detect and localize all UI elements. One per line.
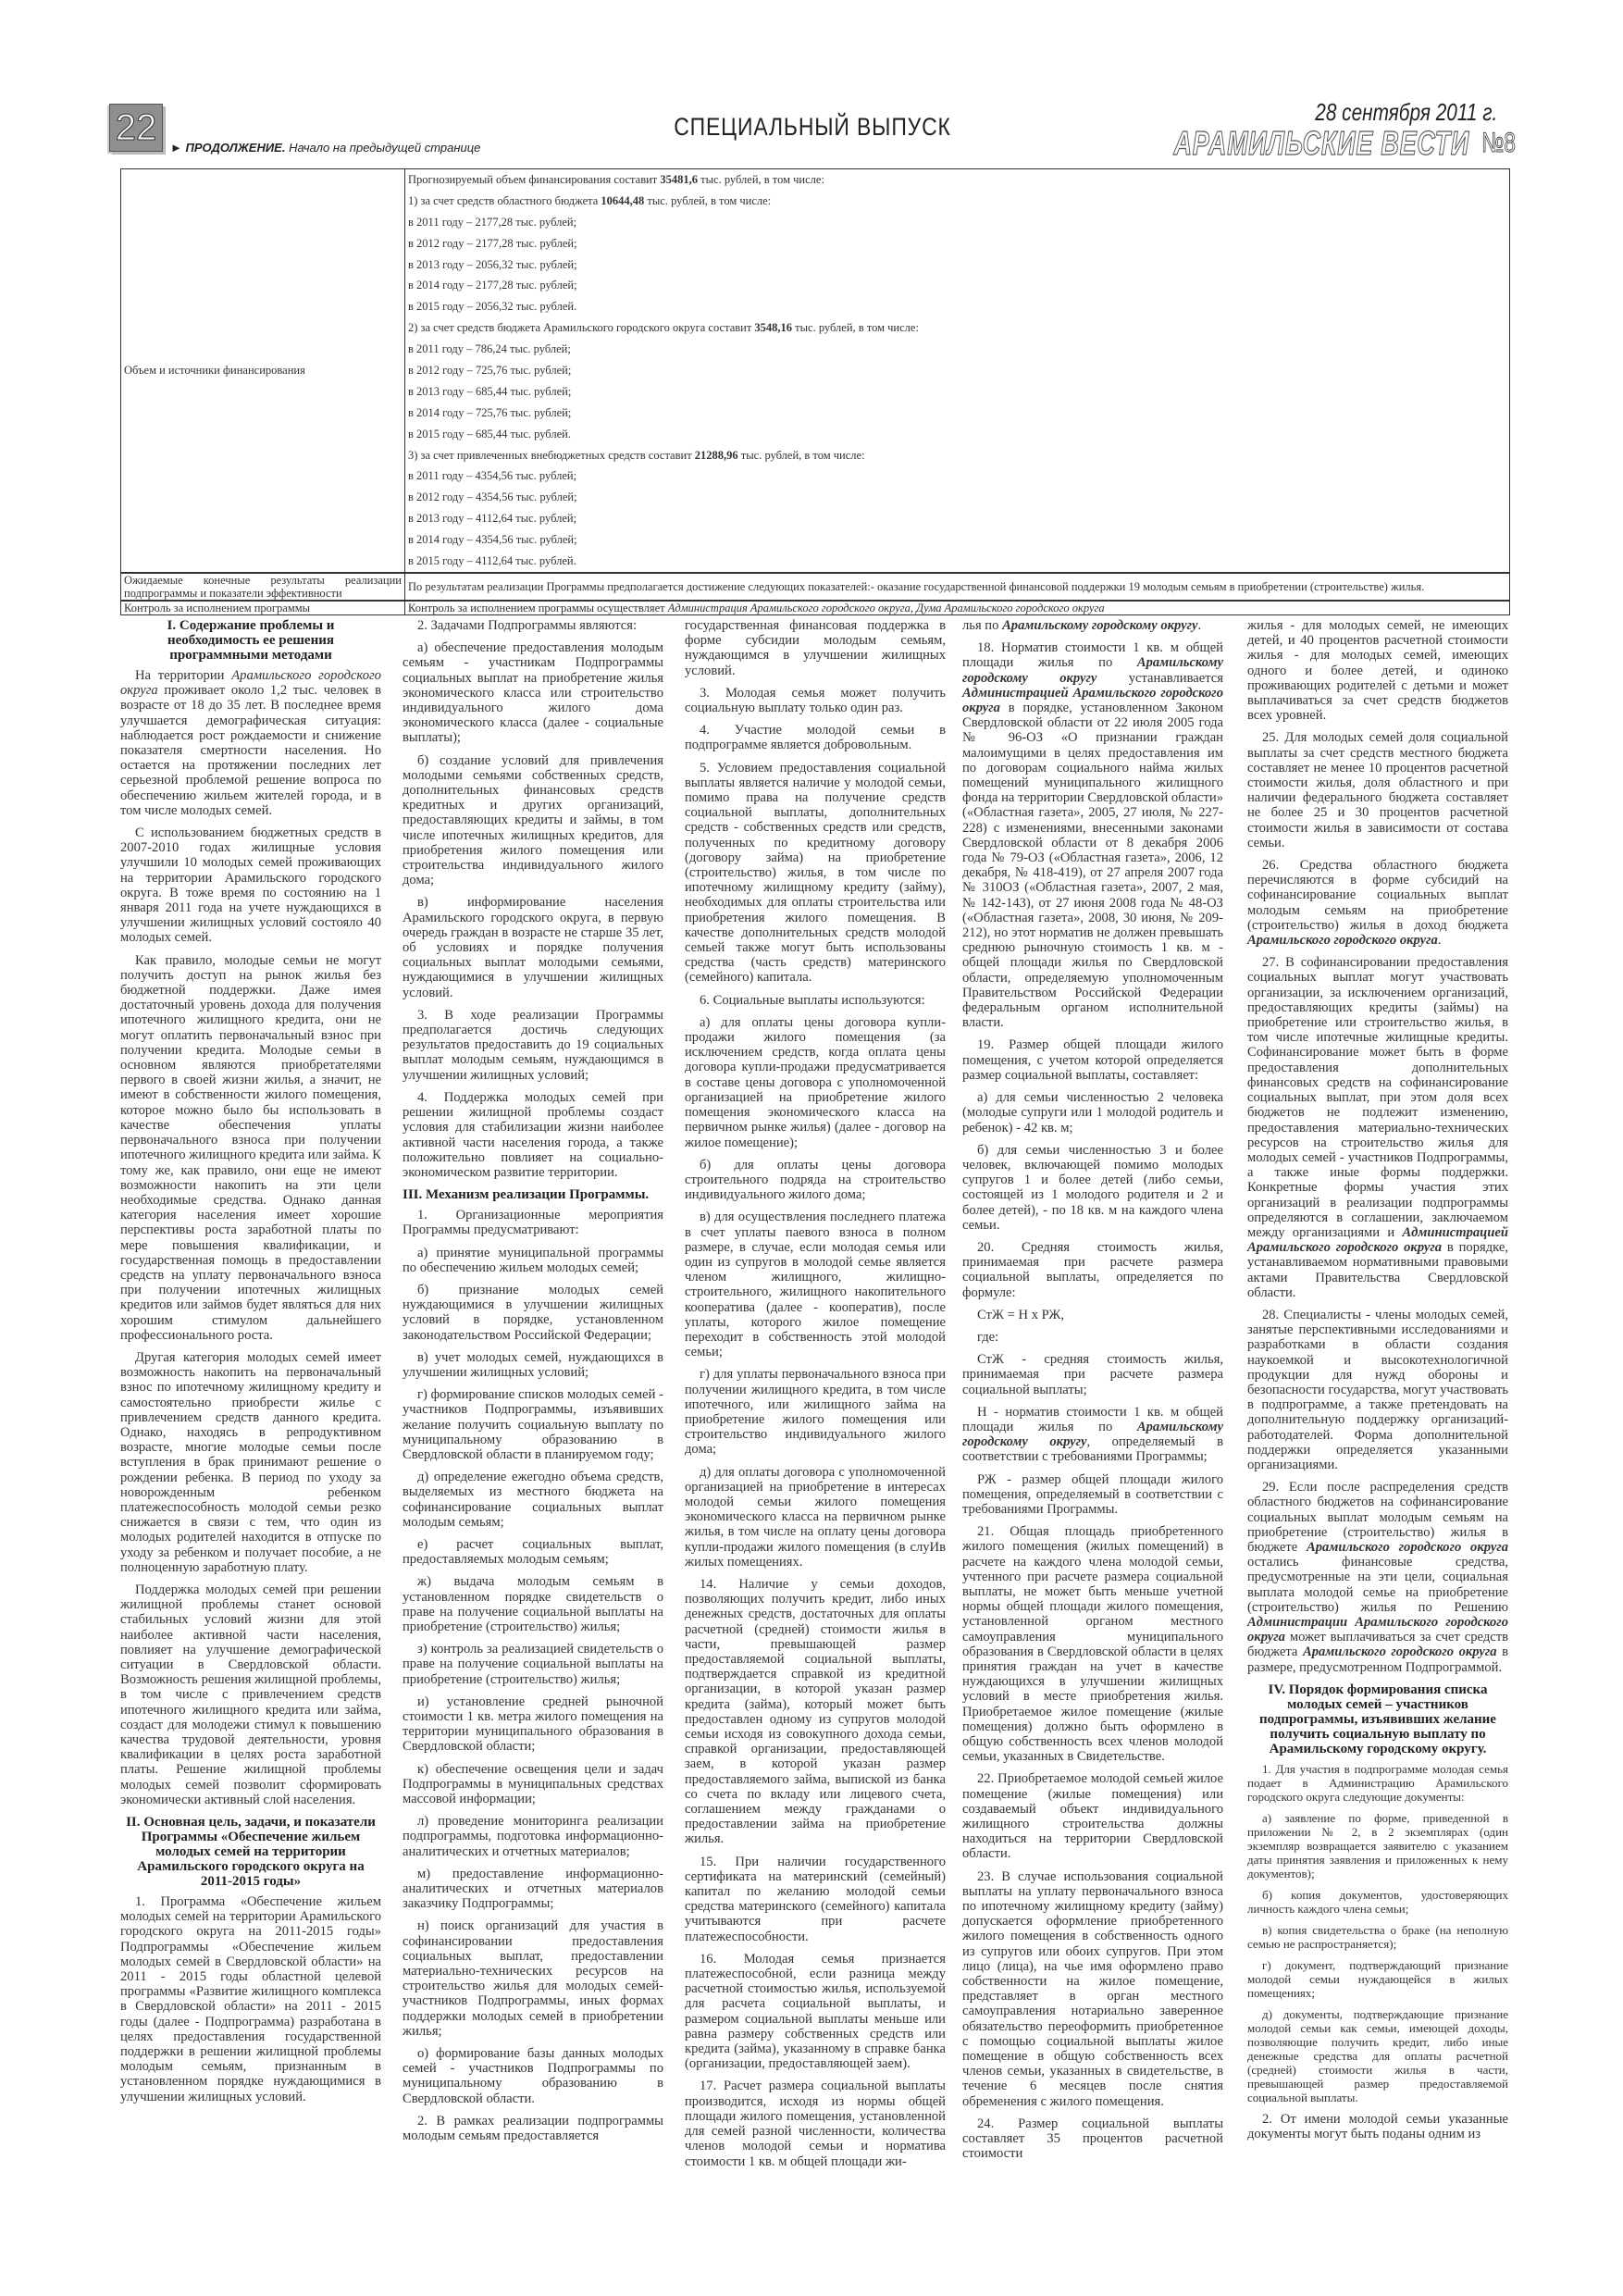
paragraph: е) расчет социальных выплат, предоставля… — [403, 1537, 663, 1567]
financing-value: Прогнозируемый объем финансирования сост… — [405, 169, 1510, 573]
results-label: Ожидаемые конечные результаты реализации… — [121, 573, 405, 601]
paragraph: л) проведение мониторинга реализации под… — [403, 1814, 663, 1859]
financing-line: в 2015 году – 685,44 тыс. рублей. — [408, 424, 1506, 445]
paragraph: к) обеспечение освещения цели и задач По… — [403, 1762, 663, 1807]
financing-line: в 2015 году – 4112,64 тыс. рублей. — [408, 551, 1506, 572]
section-heading: IV. Порядок формирования списка молодых … — [1247, 1682, 1508, 1756]
paragraph: д) определение ежегодно объема средств, … — [403, 1470, 663, 1530]
paragraph: 23. В случае использования социальной вы… — [962, 1869, 1223, 2109]
program-passport-table: Объем и источники финансирования Прогноз… — [120, 168, 1510, 615]
paragraph: 18. Норматив стоимости 1 кв. м общей пло… — [962, 640, 1223, 1030]
paragraph: РЖ - размер общей площади жилого помещен… — [962, 1472, 1223, 1518]
table-row: Объем и источники финансирования Прогноз… — [121, 169, 1510, 573]
paragraph: 17. Расчет размера социальной выплаты пр… — [685, 2079, 946, 2168]
section-heading: III. Механизм реализации Программы. — [403, 1187, 663, 1202]
results-value: По результатам реализации Программы пред… — [405, 573, 1510, 601]
paragraph: 20. Средняя стоимость жилья, принимаемая… — [962, 1240, 1223, 1300]
paragraph: 21. Общая площадь приобретенного жилого … — [962, 1524, 1223, 1764]
financing-line: в 2014 году – 725,76 тыс. рублей; — [408, 403, 1506, 424]
paragraph: 14. Наличие у семьи доходов, позволяющих… — [685, 1577, 946, 1847]
financing-line: в 2012 году – 2177,28 тыс. рублей; — [408, 233, 1506, 254]
paragraph: 19. Размер общей площади жилого помещени… — [962, 1037, 1223, 1083]
paragraph: б) для оплаты цены договора строительног… — [685, 1158, 946, 1203]
paragraph: лья по Арамильскому городскому округу. — [962, 618, 1223, 633]
financing-line: Прогнозируемый объем финансирования сост… — [408, 169, 1506, 191]
financing-line: в 2015 году – 2056,32 тыс. рублей. — [408, 296, 1506, 317]
section-heading: I. Содержание проблемы и необходимость е… — [120, 618, 381, 663]
column-1: I. Содержание проблемы и необходимость е… — [120, 618, 381, 2112]
financing-label: Объем и источники финансирования — [121, 169, 405, 573]
formula: СтЖ = Н х РЖ, — [962, 1308, 1223, 1322]
paragraph: 4. Поддержка молодых семей при решении ж… — [403, 1090, 663, 1180]
paragraph: 2. От имени молодой семьи указанные доку… — [1247, 2112, 1508, 2141]
paragraph: 26. Средства областного бюджета перечисл… — [1247, 858, 1508, 948]
paragraph: 1. Организационные мероприятия Программы… — [403, 1208, 663, 1237]
paragraph: 16. Молодая семья признается платежеспос… — [685, 1952, 946, 2072]
paragraph: Поддержка молодых семей при решении жили… — [120, 1582, 381, 1807]
paragraph: н) поиск организаций для участия в софин… — [403, 1918, 663, 2039]
financing-line: в 2013 году – 4112,64 тыс. рублей; — [408, 508, 1506, 529]
masthead-logo: АРАМИЛЬСКИЕ ВЕСТИ — [1173, 124, 1469, 163]
paragraph: 3. Молодая семья может получить социальн… — [685, 686, 946, 715]
paragraph: Как правило, молодые семьи не могут полу… — [120, 953, 381, 1343]
paragraph: 29. Если после распределения средств обл… — [1247, 1480, 1508, 1675]
financing-line: 1) за счет средств областного бюджета 10… — [408, 191, 1506, 212]
financing-line: в 2012 году – 4354,56 тыс. рублей; — [408, 487, 1506, 508]
paragraph: ж) выдача молодым семьям в установленном… — [403, 1574, 663, 1634]
paragraph: б) создание условий для привлечения моло… — [403, 753, 663, 888]
paragraph: жилья - для молодых семей, не имеющих де… — [1247, 618, 1508, 723]
financing-line: в 2011 году – 4354,56 тыс. рублей; — [408, 465, 1506, 487]
paragraph: 3. В ходе реализации Программы предполаг… — [403, 1008, 663, 1083]
financing-line: в 2014 году – 4354,56 тыс. рублей; — [408, 529, 1506, 551]
paragraph: На территории Арамильского городского ок… — [120, 668, 381, 818]
paragraph: С использованием бюджетных средств в 200… — [120, 825, 381, 946]
financing-line: в 2011 году – 2177,28 тыс. рублей; — [408, 212, 1506, 233]
paragraph: о) формирование базы данных молодых семе… — [403, 2046, 663, 2106]
financing-line: в 2013 году – 685,44 тыс. рублей; — [408, 381, 1506, 403]
paragraph: 6. Социальные выплаты используются: — [685, 993, 946, 1008]
paragraph: 5. Условием предоставления социальной вы… — [685, 761, 946, 986]
financing-line: 3) за счет привлеченных внебюджетных сре… — [408, 445, 1506, 466]
table-row: Ожидаемые конечные результаты реализации… — [121, 573, 1510, 601]
paragraph: СтЖ - средняя стоимость жилья, принимаем… — [962, 1352, 1223, 1397]
paragraph: 4. Участие молодой семьи в подпрограмме … — [685, 723, 946, 752]
page-header: 22 ► ПРОДОЛЖЕНИЕ. Начало на предыдущей с… — [109, 104, 1516, 168]
paragraph: государственная финансовая поддержка в ф… — [685, 618, 946, 678]
paragraph: 1. Программа «Обеспечение жильем молодых… — [120, 1894, 381, 2104]
paragraph: и) установление средней рыночной стоимос… — [403, 1694, 663, 1755]
paragraph: 15. При наличии государственного сертифи… — [685, 1855, 946, 1944]
continued-note: ► ПРОДОЛЖЕНИЕ. Начало на предыдущей стра… — [170, 141, 480, 155]
article-body: I. Содержание проблемы и необходимость е… — [120, 618, 1510, 2265]
paragraph: з) контроль за реализацией свидетельств … — [403, 1642, 663, 1687]
column-5: жилья - для молодых семей, не имеющих де… — [1247, 618, 1508, 2149]
arrow-right-icon: ► — [170, 141, 182, 155]
paragraph: а) заявление по форме, приведенной в при… — [1247, 1811, 1508, 1880]
paragraph: 2. Задачами Подпрограммы являются: — [403, 618, 663, 633]
paragraph: 25. Для молодых семей доля социальной вы… — [1247, 730, 1508, 850]
paragraph: в) для осуществления последнего платежа … — [685, 1210, 946, 1359]
paragraph: 1. Для участия в подпрограмме молодая се… — [1247, 1762, 1508, 1804]
financing-line: 2) за счет средств бюджета Арамильского … — [408, 317, 1506, 339]
column-4: лья по Арамильскому городскому округу. 1… — [962, 618, 1223, 2169]
financing-line: в 2012 году – 725,76 тыс. рублей; — [408, 360, 1506, 381]
paragraph: г) для уплаты первоначального взноса при… — [685, 1367, 946, 1457]
paragraph: 22. Приобретаемое молодой семьей жилое п… — [962, 1771, 1223, 1861]
paragraph: б) для семьи численностью 3 и более чело… — [962, 1143, 1223, 1233]
paragraph: г) формирование списков молодых семей - … — [403, 1387, 663, 1462]
control-value: Контроль за исполнением программы осущес… — [405, 601, 1510, 615]
paragraph: б) копия документов, удостоверяющих личн… — [1247, 1888, 1508, 1916]
paragraph: д) для оплаты договора с уполномоченной … — [685, 1465, 946, 1570]
paragraph: м) предоставление информационно-аналитич… — [403, 1867, 663, 1912]
paragraph: в) информирование населения Арамильского… — [403, 895, 663, 999]
issue-number: №8 — [1481, 128, 1516, 159]
financing-line: в 2013 году – 2056,32 тыс. рублей; — [408, 254, 1506, 276]
financing-line: в 2011 году – 786,24 тыс. рублей; — [408, 339, 1506, 360]
control-label: Контроль за исполнением программы — [121, 601, 405, 615]
paragraph: а) для оплаты цены договора купли-продаж… — [685, 1015, 946, 1150]
paragraph: в) копия свидетельства о браке (на непол… — [1247, 1923, 1508, 1951]
paragraph: 27. В софинансировании предоставления со… — [1247, 955, 1508, 1300]
paragraph: а) обеспечение предоставления молодым се… — [403, 640, 663, 745]
paragraph: 24. Размер социальной выплаты составляет… — [962, 2116, 1223, 2162]
section-heading: II. Основная цель, задачи, и показатели … — [120, 1815, 381, 1889]
page-number: 22 — [109, 104, 163, 152]
paragraph: а) для семьи численностью 2 человека (мо… — [962, 1090, 1223, 1136]
column-2: 2. Задачами Подпрограммы являются: а) об… — [403, 618, 663, 2151]
paragraph: д) документы, подтверждающие признание м… — [1247, 2007, 1508, 2104]
table-row: Контроль за исполнением программы Контро… — [121, 601, 1510, 615]
paragraph: а) принятие муниципальной программы по о… — [403, 1246, 663, 1275]
paragraph: в) учет молодых семей, нуждающихся в улу… — [403, 1350, 663, 1380]
paragraph: Другая категория молодых семей имеет воз… — [120, 1350, 381, 1575]
paragraph: 2. В рамках реализации подпрограммы моло… — [403, 2114, 663, 2143]
paragraph: б) признание молодых семей нуждающимися … — [403, 1283, 663, 1343]
paragraph: г) документ, подтверждающий признание мо… — [1247, 1958, 1508, 2000]
issue-date: 28 сентября 2011 г. — [1315, 98, 1497, 127]
financing-line: в 2014 году – 2177,28 тыс. рублей; — [408, 275, 1506, 296]
paragraph: 28. Специалисты - члены молодых семей, з… — [1247, 1308, 1508, 1472]
paragraph: Н - норматив стоимости 1 кв. м общей пло… — [962, 1405, 1223, 1465]
column-3: государственная финансовая поддержка в ф… — [685, 618, 946, 2177]
paragraph: где: — [962, 1330, 1223, 1345]
